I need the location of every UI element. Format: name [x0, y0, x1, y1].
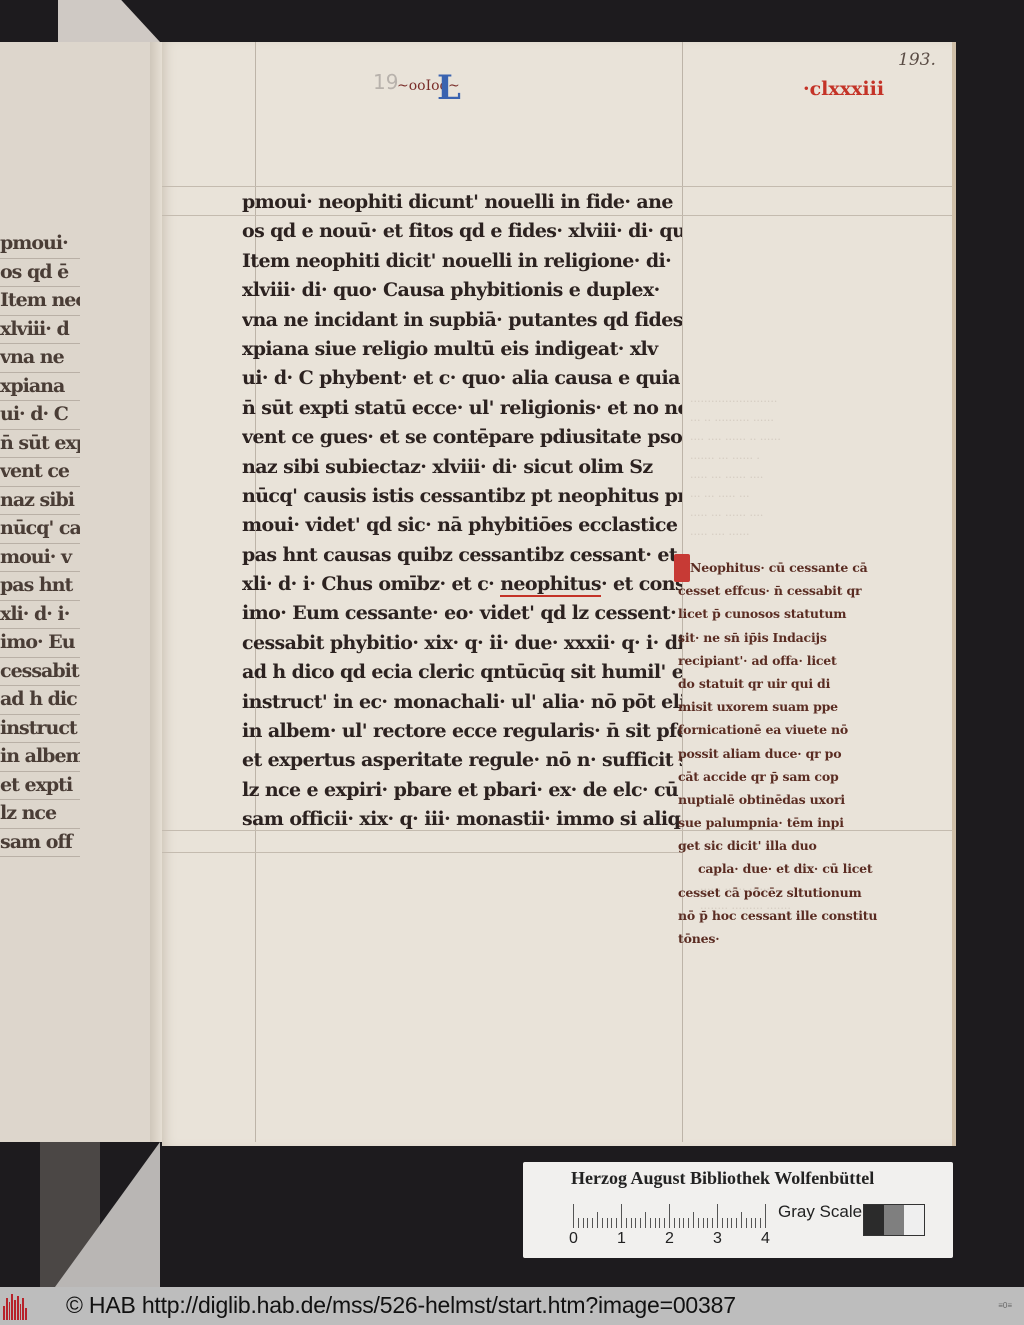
gloss-line: cesset effcus· n̄ cessabit qr	[678, 579, 910, 602]
gloss-line: cāt accide qr p̄ sam cop	[678, 765, 910, 788]
gloss-line: capla· due· et dix· cū licet	[678, 857, 910, 880]
ruler-tick	[722, 1218, 723, 1228]
ruler-tick	[635, 1218, 636, 1228]
text-line: Item neophiti dicit' nouelli in religion…	[242, 247, 682, 276]
left-page-line: lz nce	[0, 800, 80, 829]
left-page-line: xlviii· d	[0, 316, 80, 345]
ruler-tick	[712, 1218, 713, 1228]
gloss-line: nō p̄ hoc cessant ille constitu	[678, 904, 910, 927]
gloss-line: recipiant'· ad offa· licet	[678, 649, 910, 672]
left-page-line: n̄ sūt exp	[0, 430, 80, 459]
ruler-label: 2	[665, 1230, 674, 1248]
gloss-line: cesset cā pōcēz sltutionum	[678, 881, 910, 904]
ruler-tick	[640, 1218, 641, 1228]
ruler-tick	[592, 1218, 593, 1228]
institution-name: Herzog August Bibliothek Wolfenbüttel	[571, 1168, 874, 1189]
running-head: 19 ~ooIoo~ L	[435, 68, 483, 104]
ruler-tick	[602, 1218, 603, 1228]
ruler-label: 3	[713, 1230, 722, 1248]
text-line: et expertus asperitate regule· nō n· suf…	[242, 746, 682, 775]
ruler-tick	[611, 1218, 612, 1228]
text-line: n̄ sūt expti statū ecce· ul' religionis·…	[242, 394, 682, 423]
text-line: cessabit phybitio· xix· q· ii· due· xxxi…	[242, 629, 682, 658]
ruler-label: 1	[617, 1230, 626, 1248]
text-line: vna ne incidant in supbiā· putantes qd f…	[242, 306, 682, 335]
ruler-labels: 01234	[569, 1230, 789, 1252]
text-line: naz sibi subiectaz· xlviii· di· sicut ol…	[242, 453, 682, 482]
text-line: lz nce e expiri· pbare et pbari· ex· de …	[242, 776, 682, 805]
ruler-tick	[573, 1204, 574, 1228]
ruler-tick	[587, 1218, 588, 1228]
color-reference-bar: Herzog August Bibliothek Wolfenbüttel 01…	[523, 1162, 953, 1258]
text-line: sam officii· xix· q· iii· monastii· immo…	[242, 805, 682, 834]
ruler-tick	[736, 1218, 737, 1228]
left-page-line: imo· Eu	[0, 629, 80, 658]
ruler-tick	[731, 1218, 732, 1228]
text-line: nūcq' causis istis cessantibz pt neophit…	[242, 482, 682, 511]
left-page-line: pas hnt	[0, 572, 80, 601]
gray-swatch	[884, 1205, 904, 1235]
gloss-line: misit uxorem suam ppe	[678, 695, 910, 718]
ruler-tick	[688, 1218, 689, 1228]
ruler-tick	[669, 1204, 670, 1228]
ruler-tick	[760, 1218, 761, 1228]
left-page-line: nūcq' ca	[0, 515, 80, 544]
ruler-tick	[664, 1218, 665, 1228]
ruler-tick	[746, 1218, 747, 1228]
gloss-line: nuptialē obtinēdas uxori	[678, 788, 910, 811]
ruler-tick	[659, 1218, 660, 1228]
ruler-tick	[755, 1218, 756, 1228]
text-line: imo· Eum cessante· eo· videt' qd lz cess…	[242, 599, 682, 628]
gloss-line: sue palumpnia· tēm inpi	[678, 811, 910, 834]
ruler-tick	[655, 1218, 656, 1228]
gloss-line: do statuit qr uir qui di	[678, 672, 910, 695]
text-line: ui· d· C phybent· et c· quo· alia causa …	[242, 364, 682, 393]
left-page-line: instruct	[0, 715, 80, 744]
ruler-tick	[631, 1218, 632, 1228]
text-line: os qd e nouū· et fitos qd e fides· xlvii…	[242, 217, 682, 246]
left-page-text: pmoui· os qd ēItem neoxlviii· dvna nexpi…	[0, 230, 80, 857]
ruler-tick	[607, 1218, 608, 1228]
text-line: in albem· ul' rectore ecce regularis· n̄…	[242, 717, 682, 746]
gray-swatch	[864, 1205, 884, 1235]
footer-mini-mark: ≡0≡	[998, 1301, 1012, 1310]
copyright-link[interactable]: © HAB http://diglib.hab.de/mss/526-helms…	[66, 1292, 736, 1319]
left-page-line: ad h dic	[0, 686, 80, 715]
left-page-line: sam off	[0, 829, 80, 858]
main-text-column: pmoui· neophiti dicunt' nouelli in fide·…	[242, 188, 682, 835]
ruler-tick	[703, 1218, 704, 1228]
ruling-line	[162, 186, 952, 187]
left-page-line: et expti	[0, 772, 80, 801]
left-page-line: vna ne	[0, 344, 80, 373]
ruler-tick	[751, 1218, 752, 1228]
gray-scale-label: Gray Scale	[778, 1202, 862, 1222]
blue-initial: L	[437, 68, 461, 108]
gloss-line: sit· ne sn̄ ip̄is Indacijs	[678, 626, 910, 649]
red-initial	[674, 554, 690, 582]
text-line: vent ce gues· et se contēpare pdiusitate…	[242, 423, 682, 452]
ruler-tick	[707, 1218, 708, 1228]
underlined-word: neophitus	[500, 573, 601, 597]
ruler-label: 0	[569, 1230, 578, 1248]
gutter-shadow	[150, 42, 162, 1142]
left-page-line: pmoui·	[0, 230, 80, 259]
left-page: pmoui· os qd ēItem neoxlviii· dvna nexpi…	[0, 42, 160, 1142]
pencil-mark: 19	[373, 70, 398, 94]
ruler-tick	[650, 1218, 651, 1228]
ruler-tick	[698, 1218, 699, 1228]
ruling-line	[162, 852, 682, 853]
ruler-tick	[765, 1204, 766, 1228]
left-page-line: vent ce	[0, 458, 80, 487]
ruler-tick	[741, 1212, 742, 1228]
ruler-tick	[717, 1204, 718, 1228]
ruler-tick	[578, 1218, 579, 1228]
marginal-gloss: Neophitus· cū cessante cācesset effcus· …	[678, 556, 910, 950]
ruler-tick	[683, 1218, 684, 1228]
ruler-tick	[616, 1218, 617, 1228]
viewer-footer: © HAB http://diglib.hab.de/mss/526-helms…	[0, 1287, 1024, 1325]
text-line: ad h dico qd ecia cleric qntūcūq sit hum…	[242, 658, 682, 687]
gray-swatch	[904, 1205, 924, 1235]
ruler-tick	[674, 1218, 675, 1228]
show-through-text: ···························· ·· ········…	[690, 392, 781, 544]
ruler-label: 4	[761, 1230, 770, 1248]
text-line: xlviii· di· quo· Causa phybitionis e dup…	[242, 276, 682, 305]
left-page-line: in albem	[0, 743, 80, 772]
left-page-line: cessabit	[0, 658, 80, 687]
left-page-line: xli· d· i·	[0, 601, 80, 630]
left-page-line: Item neo	[0, 287, 80, 316]
left-page-line: moui· v	[0, 544, 80, 573]
gray-scale-swatches	[863, 1204, 925, 1236]
folio-number: 193.	[898, 50, 936, 70]
glass-clamp-top	[58, 0, 160, 42]
ruler-tick	[727, 1218, 728, 1228]
ruler-tick	[679, 1218, 680, 1228]
left-page-line: os qd ē	[0, 259, 80, 288]
manuscript-scan: pmoui· os qd ēItem neoxlviii· dvna nexpi…	[0, 0, 1024, 1287]
text-line: moui· videt' qd sic· nā phybitiōes eccla…	[242, 511, 682, 540]
hab-barcode-logo-icon[interactable]	[3, 1294, 27, 1320]
left-page-line: naz sibi	[0, 487, 80, 516]
text-line: xli· d· i· Chus omībz· et c· neophitus· …	[242, 570, 682, 599]
ruler-tick	[626, 1218, 627, 1228]
ruler-tick	[621, 1204, 622, 1228]
text-line: xpiana siue religio multū eis indigeat· …	[242, 335, 682, 364]
text-line: instruct' in ec· monachali· ul' alia· nō…	[242, 688, 682, 717]
gloss-line: tōnes·	[678, 927, 910, 950]
ruler-tick	[645, 1212, 646, 1228]
left-page-line: xpiana	[0, 373, 80, 402]
ruler-tick	[583, 1218, 584, 1228]
gloss-line: Neophitus· cū cessante cā	[678, 556, 910, 579]
cm-ruler	[573, 1204, 767, 1228]
folio-roman-numeral: ·clxxxiii	[803, 78, 884, 100]
left-page-line: ui· d· C	[0, 401, 80, 430]
ruler-tick	[693, 1212, 694, 1228]
gloss-line: possit aliam duce· qr po	[678, 742, 910, 765]
text-line: pmoui· neophiti dicunt' nouelli in fide·…	[242, 188, 682, 217]
gloss-line: licet p̄ cunosos statutum	[678, 602, 910, 625]
gloss-line: get sic dicit' illa duo	[678, 834, 910, 857]
gloss-line: fornicationē ea viuete nō	[678, 718, 910, 741]
text-line: pas hnt causas quibz cessantibz cessant·…	[242, 541, 682, 570]
ruler-tick	[597, 1212, 598, 1228]
